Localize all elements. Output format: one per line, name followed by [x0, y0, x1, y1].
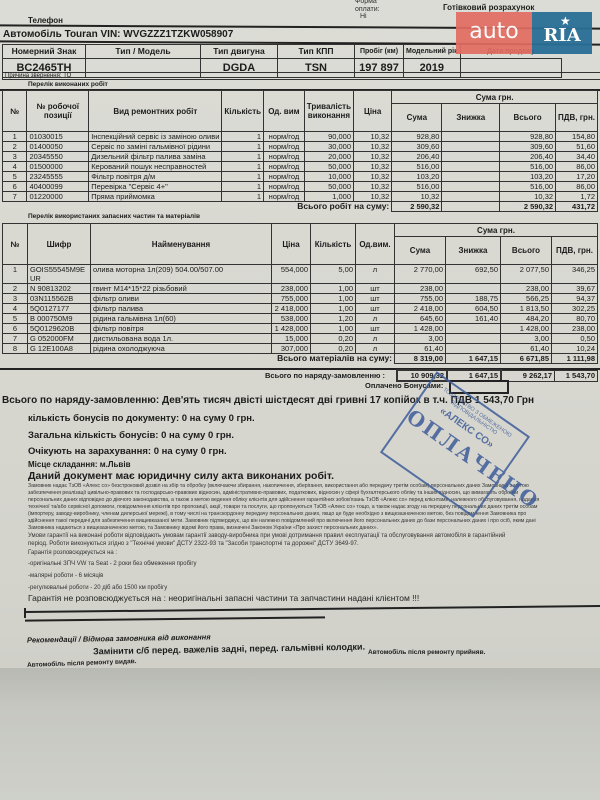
work-cell: 516,00: [392, 182, 442, 192]
part-cell: 238,00: [501, 284, 552, 294]
work-cell: 20,000: [304, 152, 353, 162]
vh-engine: Тип двигуна: [201, 45, 278, 59]
work-cell: [442, 162, 500, 172]
work-cell: 1: [222, 162, 264, 172]
warranty-applies-label: Гарантія розповсюджується на :: [28, 550, 117, 556]
work-cell: 10,32: [354, 152, 392, 162]
fine-print-line: технічної та/або сервісної допомоги, пов…: [28, 504, 600, 511]
part-cell: G 12E100A8: [28, 344, 91, 354]
work-cell: 4: [3, 162, 27, 172]
part-cell: 755,00: [395, 294, 446, 304]
work-cell: 103,20: [500, 172, 556, 182]
part-cell: [446, 324, 501, 334]
star-icon: ★: [560, 14, 571, 28]
col-discount: Знижка: [442, 104, 500, 132]
part-cell: фільтр оливи: [91, 294, 272, 304]
work-cell: 6: [3, 182, 27, 192]
part-cell: л: [356, 334, 395, 344]
fine-print-line: (імпортеру, заводу-виробнику, членам дил…: [28, 511, 600, 518]
order-total-vat: 1 543,70: [555, 370, 598, 381]
part-cell: 10,24: [552, 344, 598, 354]
parts-total-value: 1 647,15: [446, 354, 501, 364]
part-cell: 1 813,50: [501, 304, 552, 314]
fine-print-line: здійснення такої передачі для забезпечен…: [28, 518, 600, 525]
vh-model: Тип / Модель: [86, 45, 201, 59]
work-cell: норм/год: [264, 142, 305, 152]
works-table: № № робочої позиції Вид ремонтних робіт …: [2, 90, 598, 212]
part-cell: 1: [3, 265, 28, 284]
part-row: 65Q0129620Bфільтр повітря1 428,0001,00шт…: [3, 324, 598, 334]
parts-total-label: Всього матеріалів на суму:: [3, 354, 395, 364]
part-cell: 554,000: [272, 265, 311, 284]
pcol-discount: Знижка: [446, 237, 501, 265]
work-cell: Сервіс по заміні гальмівної рідини: [89, 142, 222, 152]
vh-plate: Номерний Знак: [3, 45, 86, 59]
work-cell: 10,32: [354, 182, 392, 192]
work-cell: Перевірка "Сервіс 4+": [89, 182, 222, 192]
part-cell: 645,60: [395, 314, 446, 324]
part-cell: 755,000: [272, 294, 311, 304]
works-total-value: [442, 202, 500, 212]
work-cell: 86,00: [556, 182, 598, 192]
part-cell: олива моторна 1л(209) 504.00/507.00: [91, 265, 272, 284]
parts-total-row: Всього матеріалів на суму:8 319,001 647,…: [3, 354, 598, 364]
work-cell: 17,20: [556, 172, 598, 182]
part-row: 2N 90813202гвинт М14*15*22 різьбовий238,…: [3, 284, 598, 294]
work-cell: Фільтр повітря д/м: [89, 172, 222, 182]
work-cell: 516,00: [500, 162, 556, 172]
work-cell: 10,32: [354, 172, 392, 182]
auto-watermark: auto: [456, 12, 532, 54]
part-cell: [446, 344, 501, 354]
work-cell: 20345550: [27, 152, 89, 162]
col-unit: Од. вим: [264, 91, 305, 132]
pcol-unit: Од.вим.: [356, 224, 395, 265]
part-cell: 3: [3, 294, 28, 304]
part-cell: шт: [356, 304, 395, 314]
part-cell: рідина охолоджуюча: [91, 344, 272, 354]
part-cell: 1 428,00: [395, 324, 446, 334]
order-total-label: Всього по наряду-замовленню :: [265, 371, 385, 380]
part-cell: 238,000: [272, 284, 311, 294]
work-row: 401500000Керований пошук несправностей1н…: [3, 162, 598, 172]
warranty-not-applies: Гарантія не розповсюджується на : неориг…: [28, 593, 419, 603]
work-cell: 1: [222, 182, 264, 192]
work-cell: 90,000: [304, 132, 353, 142]
works-total-label: Всього робіт на суму:: [3, 202, 392, 212]
bonus-total: Загальна кількість бонусів: 0 на суму 0 …: [28, 430, 234, 441]
work-cell: 1,72: [556, 192, 598, 202]
part-cell: 2 077,50: [501, 265, 552, 284]
part-cell: B 000750M9: [28, 314, 91, 324]
part-cell: 6: [3, 324, 28, 334]
work-cell: [442, 182, 500, 192]
part-cell: 94,37: [552, 294, 598, 304]
pcol-qty: Кількість: [311, 224, 356, 265]
part-cell: 2 418,00: [395, 304, 446, 314]
bonus-doc: кількість бонусів по документу: 0 на сум…: [28, 413, 255, 424]
part-cell: 566,25: [501, 294, 552, 304]
work-cell: [442, 192, 500, 202]
work-cell: 01030015: [27, 132, 89, 142]
pcol-name: Найменування: [91, 224, 272, 265]
part-cell: 3,00: [501, 334, 552, 344]
work-cell: 10,32: [354, 132, 392, 142]
warranty-item-2: -малярні роботи - 6 місяців: [28, 573, 103, 579]
col-qty: Кількість: [222, 91, 264, 132]
work-cell: 1: [222, 192, 264, 202]
col-price: Ціна: [354, 91, 392, 132]
work-cell: норм/год: [264, 162, 305, 172]
work-cell: 1,000: [304, 192, 353, 202]
works-total-value: 2 590,32: [500, 202, 556, 212]
part-cell: 39,67: [552, 284, 598, 294]
part-cell: 15,000: [272, 334, 311, 344]
part-cell: 8: [3, 344, 28, 354]
part-cell: 1,00: [311, 304, 356, 314]
part-row: 8G 12E100A8рідина охолоджуюча307,0000,20…: [3, 344, 598, 354]
parts-total-value: 6 671,85: [501, 354, 552, 364]
part-row: 303N115562Bфільтр оливи755,0001,00шт755,…: [3, 294, 598, 304]
work-cell: 01500000: [27, 162, 89, 172]
work-cell: 103,20: [392, 172, 442, 182]
work-cell: 1: [222, 132, 264, 142]
order-total-all: 9 262,17: [501, 370, 555, 381]
work-cell: 30,000: [304, 142, 353, 152]
work-cell: Пряма приймомка: [89, 192, 222, 202]
work-row: 701220000Пряма приймомка1норм/год1,00010…: [3, 192, 598, 202]
work-cell: 40400099: [27, 182, 89, 192]
col-vat: ПДВ, грн.: [556, 104, 598, 132]
part-cell: 302,25: [552, 304, 598, 314]
warranty-item-1: -оригінальні ЗПЧ VW та Seat - 2 роки без…: [28, 561, 197, 567]
work-cell: норм/год: [264, 192, 305, 202]
pcol-no: №: [3, 224, 28, 265]
work-cell: 5: [3, 172, 27, 182]
part-cell: 5Q0127177: [28, 304, 91, 314]
part-cell: 188,75: [446, 294, 501, 304]
works-total-row: Всього робіт на суму:2 590,322 590,32431…: [3, 202, 598, 212]
work-cell: Керований пошук несправностей: [89, 162, 222, 172]
warranty-terms: Умови гарантії на виконані роботи відпов…: [28, 533, 505, 539]
vh-gearbox: Тип КПП: [278, 45, 355, 59]
work-cell: 10,32: [354, 162, 392, 172]
payment-form-value: Ні: [360, 13, 367, 20]
work-cell: 10,32: [392, 192, 442, 202]
col-total: Всього: [500, 104, 556, 132]
part-cell: [446, 334, 501, 344]
part-cell: 3,00: [395, 334, 446, 344]
work-cell: [442, 172, 500, 182]
part-cell: 604,50: [446, 304, 501, 314]
part-cell: 692,50: [446, 265, 501, 284]
part-cell: 80,70: [552, 314, 598, 324]
part-cell: 5: [3, 314, 28, 324]
work-cell: 10,32: [500, 192, 556, 202]
part-cell: шт: [356, 284, 395, 294]
part-cell: 61,40: [501, 344, 552, 354]
work-cell: 1: [222, 142, 264, 152]
work-cell: [442, 132, 500, 142]
work-cell: норм/год: [264, 172, 305, 182]
work-cell: 23245555: [27, 172, 89, 182]
work-cell: 86,00: [556, 162, 598, 172]
part-cell: шт: [356, 294, 395, 304]
part-cell: 7: [3, 334, 28, 344]
part-row: 45Q0127177фільтр палива2 418,0001,00шт2 …: [3, 304, 598, 314]
work-row: 101030015Інспекційний сервіс із заміною …: [3, 132, 598, 142]
work-cell: 516,00: [392, 162, 442, 172]
background-surface: [0, 668, 600, 800]
work-cell: 928,80: [392, 132, 442, 142]
work-cell: 309,60: [392, 142, 442, 152]
works-total-value: 431,72: [556, 202, 598, 212]
bonus-pending: Очікують на зарахування: 0 на суму 0 грн…: [28, 446, 227, 457]
pcol-vat: ПДВ, грн.: [552, 237, 598, 265]
vh-mileage: Пробіг (км): [355, 45, 404, 59]
part-cell: 161,40: [446, 314, 501, 324]
work-cell: 50,000: [304, 162, 353, 172]
work-cell: 2: [3, 142, 27, 152]
car-accepted: Автомобіль після ремонту прийняв.: [368, 649, 485, 656]
part-cell: 0,50: [552, 334, 598, 344]
work-cell: 7: [3, 192, 27, 202]
part-cell: 1,00: [311, 324, 356, 334]
work-cell: 1: [222, 172, 264, 182]
work-cell: 10,000: [304, 172, 353, 182]
work-cell: 50,000: [304, 182, 353, 192]
part-cell: 03N115562B: [28, 294, 91, 304]
vehicle-line: Автомобіль Touran VIN: WVGZZZ1TZKW058907: [3, 29, 233, 40]
work-cell: 154,80: [556, 132, 598, 142]
part-cell: 238,00: [552, 324, 598, 334]
work-cell: норм/год: [264, 132, 305, 142]
part-cell: 1,00: [311, 284, 356, 294]
col-position: № робочої позиції: [27, 91, 89, 132]
part-cell: 238,00: [395, 284, 446, 294]
part-cell: л: [356, 265, 395, 284]
part-cell: 2 418,000: [272, 304, 311, 314]
part-cell: G 052000FM: [28, 334, 91, 344]
part-row: 1GOIS55545M9E URолива моторна 1л(209) 50…: [3, 265, 598, 284]
pcol-code: Шифр: [28, 224, 91, 265]
part-cell: 2 770,00: [395, 265, 446, 284]
part-cell: [446, 284, 501, 294]
work-row: 640400099Перевірка "Сервіс 4+"1норм/год5…: [3, 182, 598, 192]
legal-notice: Даний документ має юридичну силу акта ви…: [28, 470, 334, 482]
work-cell: 516,00: [500, 182, 556, 192]
part-cell: 61,40: [395, 344, 446, 354]
part-cell: 346,25: [552, 265, 598, 284]
parts-table: № Шифр Найменування Ціна Кількість Од.ви…: [2, 223, 598, 364]
part-cell: 5,00: [311, 265, 356, 284]
warranty-terms-2: період. Роботи виконуються згідно з "Тех…: [28, 541, 359, 547]
parts-total-value: 8 319,00: [395, 354, 446, 364]
parts-total-value: 1 111,98: [552, 354, 598, 364]
recommendations-label: Рекомендації / Відмова замовника від вик…: [27, 632, 211, 644]
recommendations-text: Замінити с/б перед. важелів задні, перед…: [93, 642, 365, 657]
work-cell: 51,60: [556, 142, 598, 152]
pcol-group-sum: Сума грн.: [395, 224, 598, 237]
payment-type: Готівковий розрахунок: [443, 3, 534, 12]
part-row: 7G 052000FMдистильована вода 1л.15,0000,…: [3, 334, 598, 344]
work-cell: [442, 152, 500, 162]
work-cell: норм/год: [264, 182, 305, 192]
pcol-total: Всього: [501, 237, 552, 265]
work-cell: 309,60: [500, 142, 556, 152]
part-cell: 4: [3, 304, 28, 314]
works-title: Перелік виконаних робіт: [28, 81, 108, 88]
work-cell: 01400050: [27, 142, 89, 152]
work-cell: норм/год: [264, 152, 305, 162]
part-cell: л: [356, 314, 395, 324]
part-cell: л: [356, 344, 395, 354]
work-row: 523245555Фільтр повітря д/м1норм/год10,0…: [3, 172, 598, 182]
part-cell: 0,20: [311, 344, 356, 354]
part-cell: 307,000: [272, 344, 311, 354]
part-cell: 538,000: [272, 314, 311, 324]
col-no: №: [3, 91, 27, 132]
fine-print-line: Замовника надаються з вищезазначеною мет…: [28, 525, 600, 532]
part-cell: N 90813202: [28, 284, 91, 294]
pcol-price: Ціна: [272, 224, 311, 265]
part-cell: 5Q0129620B: [28, 324, 91, 334]
part-cell: дистильована вода 1л.: [91, 334, 272, 344]
work-cell: 1: [3, 132, 27, 142]
work-cell: 206,40: [392, 152, 442, 162]
work-row: 320345550Дизельний фільтр палива заміна1…: [3, 152, 598, 162]
part-cell: шт: [356, 324, 395, 334]
part-cell: 2: [3, 284, 28, 294]
col-work-type: Вид ремонтних робіт: [89, 91, 222, 132]
part-cell: фільтр повітря: [91, 324, 272, 334]
part-cell: 484,20: [501, 314, 552, 324]
part-cell: 1 428,000: [272, 324, 311, 334]
part-cell: фільтр палива: [91, 304, 272, 314]
work-row: 201400050Сервіс по заміні гальмівної рід…: [3, 142, 598, 152]
work-cell: 10,32: [354, 142, 392, 152]
col-group-sum: Сума грн.: [392, 91, 598, 104]
work-cell: Інспекційний сервіс із заміною оливи: [89, 132, 222, 142]
work-cell: 3: [3, 152, 27, 162]
works-total-value: 2 590,32: [392, 202, 442, 212]
work-cell: 01220000: [27, 192, 89, 202]
work-cell: Дизельний фільтр палива заміна: [89, 152, 222, 162]
payment-form-label: Форма оплати:: [355, 0, 395, 14]
work-cell: 1: [222, 152, 264, 162]
part-cell: 1 428,00: [501, 324, 552, 334]
col-sum: Сума: [392, 104, 442, 132]
part-cell: рідина гальмівна 1л(60): [91, 314, 272, 324]
work-cell: [442, 142, 500, 152]
warranty-item-3: -регулювальні роботи - 20 діб або 1500 к…: [28, 585, 167, 591]
part-cell: 1,20: [311, 314, 356, 324]
part-cell: GOIS55545M9E UR: [28, 265, 91, 284]
work-cell: 34,40: [556, 152, 598, 162]
part-row: 5B 000750M9рідина гальмівна 1л(60)538,00…: [3, 314, 598, 324]
part-cell: 0,20: [311, 334, 356, 344]
part-cell: гвинт М14*15*22 різьбовий: [91, 284, 272, 294]
visit-reason: Причина звернення: ТО: [2, 72, 600, 80]
vh-year: Модельний рік: [404, 45, 461, 59]
work-cell: 206,40: [500, 152, 556, 162]
parts-title: Перелік використаних запасних частин та …: [28, 213, 200, 220]
part-cell: 1,00: [311, 294, 356, 304]
invoice-document: Форма оплати: Ні Готівковий розрахунок Т…: [0, 0, 600, 680]
pcol-sum: Сума: [395, 237, 446, 265]
work-cell: 10,32: [354, 192, 392, 202]
col-duration: Тривалість виконання: [304, 91, 353, 132]
place-of-issue: Місце складання: м.Львів: [28, 460, 130, 469]
work-cell: 928,80: [500, 132, 556, 142]
